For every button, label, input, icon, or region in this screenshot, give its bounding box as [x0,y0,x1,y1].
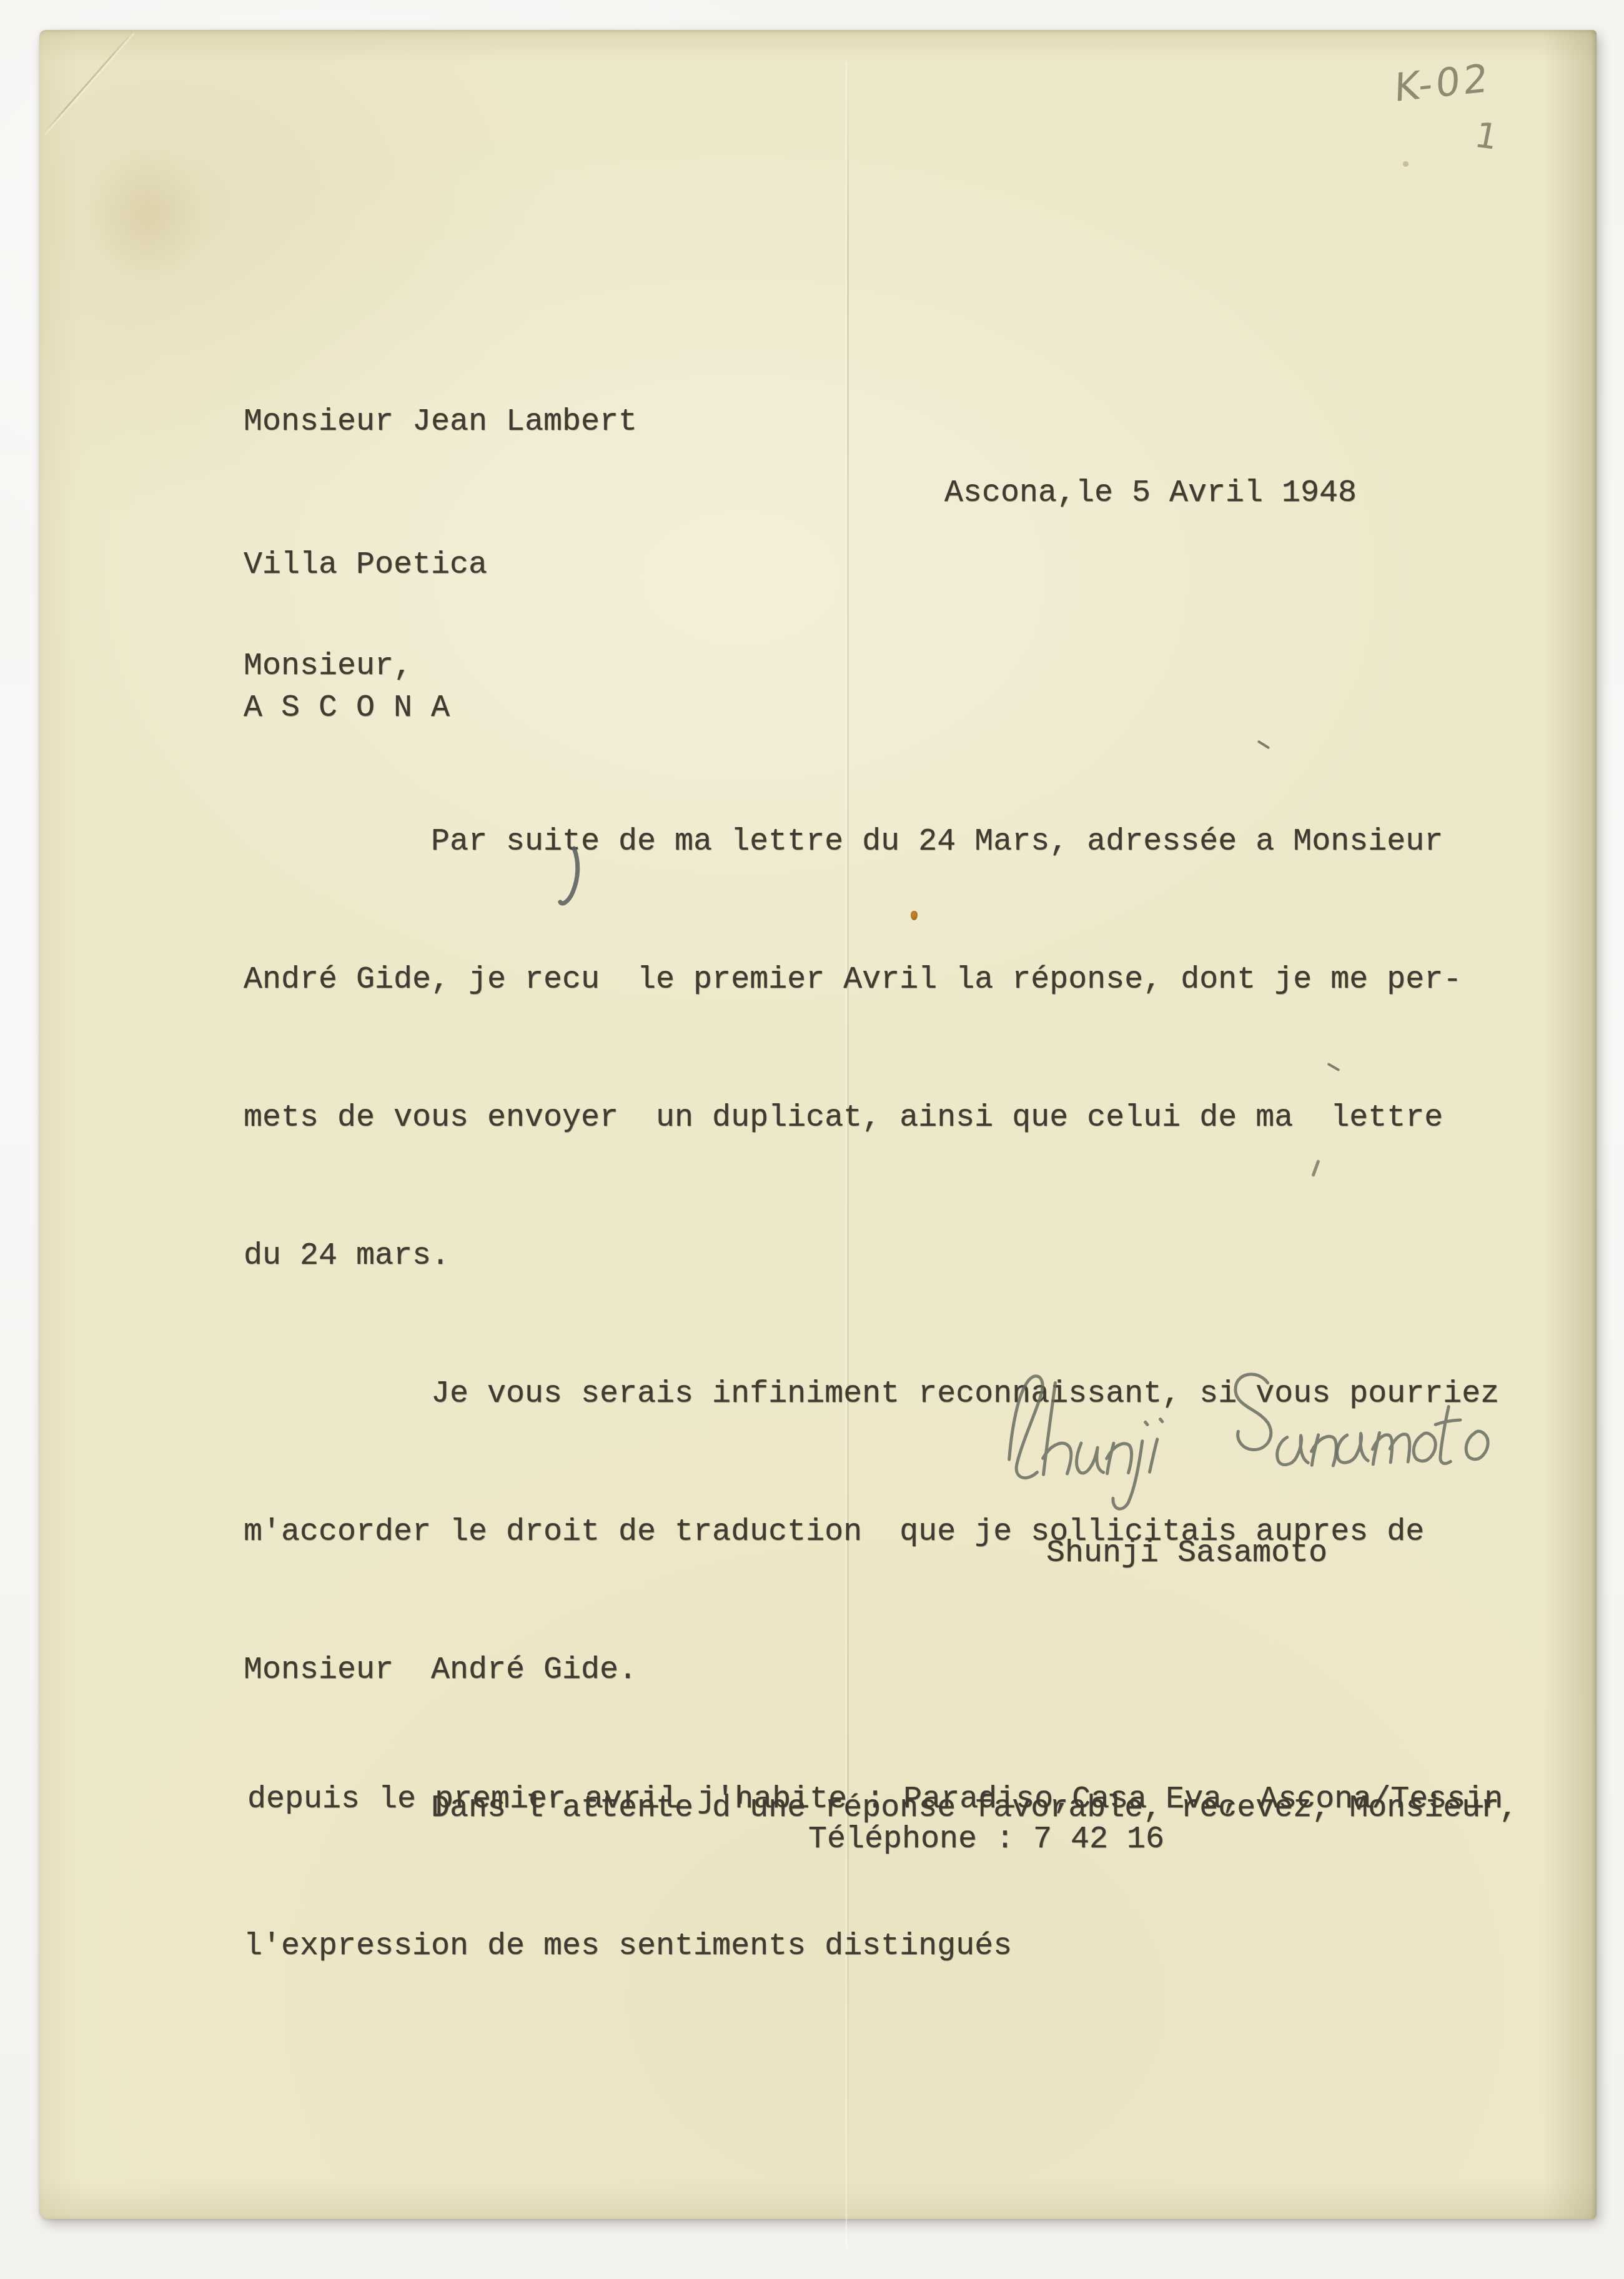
typed-signature: Shunji Sasamoto [1046,1538,1327,1569]
body-line: Monsieur André Gide. [244,1637,1518,1704]
recipient-line: Villa Poetica [244,529,637,601]
salutation: Monsieur, [244,651,412,682]
body-line: mets de vous envoyer un duplicat, ainsi … [244,1085,1518,1151]
postscript-line: depuis le premier avril j'habite : Parad… [247,1784,1503,1815]
recipient-line: Monsieur Jean Lambert [244,386,637,458]
body-line: Par suite de ma lettre du 24 Mars, adres… [244,808,1518,875]
postscript-phone: Téléphone : 7 42 16 [808,1824,1164,1855]
scanned-letter-page: K-02 1 Monsieur Jean Lambert Villa Poeti… [0,0,1624,2279]
handwritten-signature [984,1334,1540,1516]
body-line: l'expression de mes sentiments distingué… [244,1913,1518,1980]
smudge-stain [87,150,206,281]
body-line: André Gide, je recu le premier Avril la … [244,946,1518,1013]
body-line: du 24 mars. [244,1223,1518,1289]
handwritten-cedilla-mark [558,845,585,913]
dateline: Ascona,le 5 Avril 1948 [944,478,1357,509]
pencil-speck [1403,161,1409,167]
